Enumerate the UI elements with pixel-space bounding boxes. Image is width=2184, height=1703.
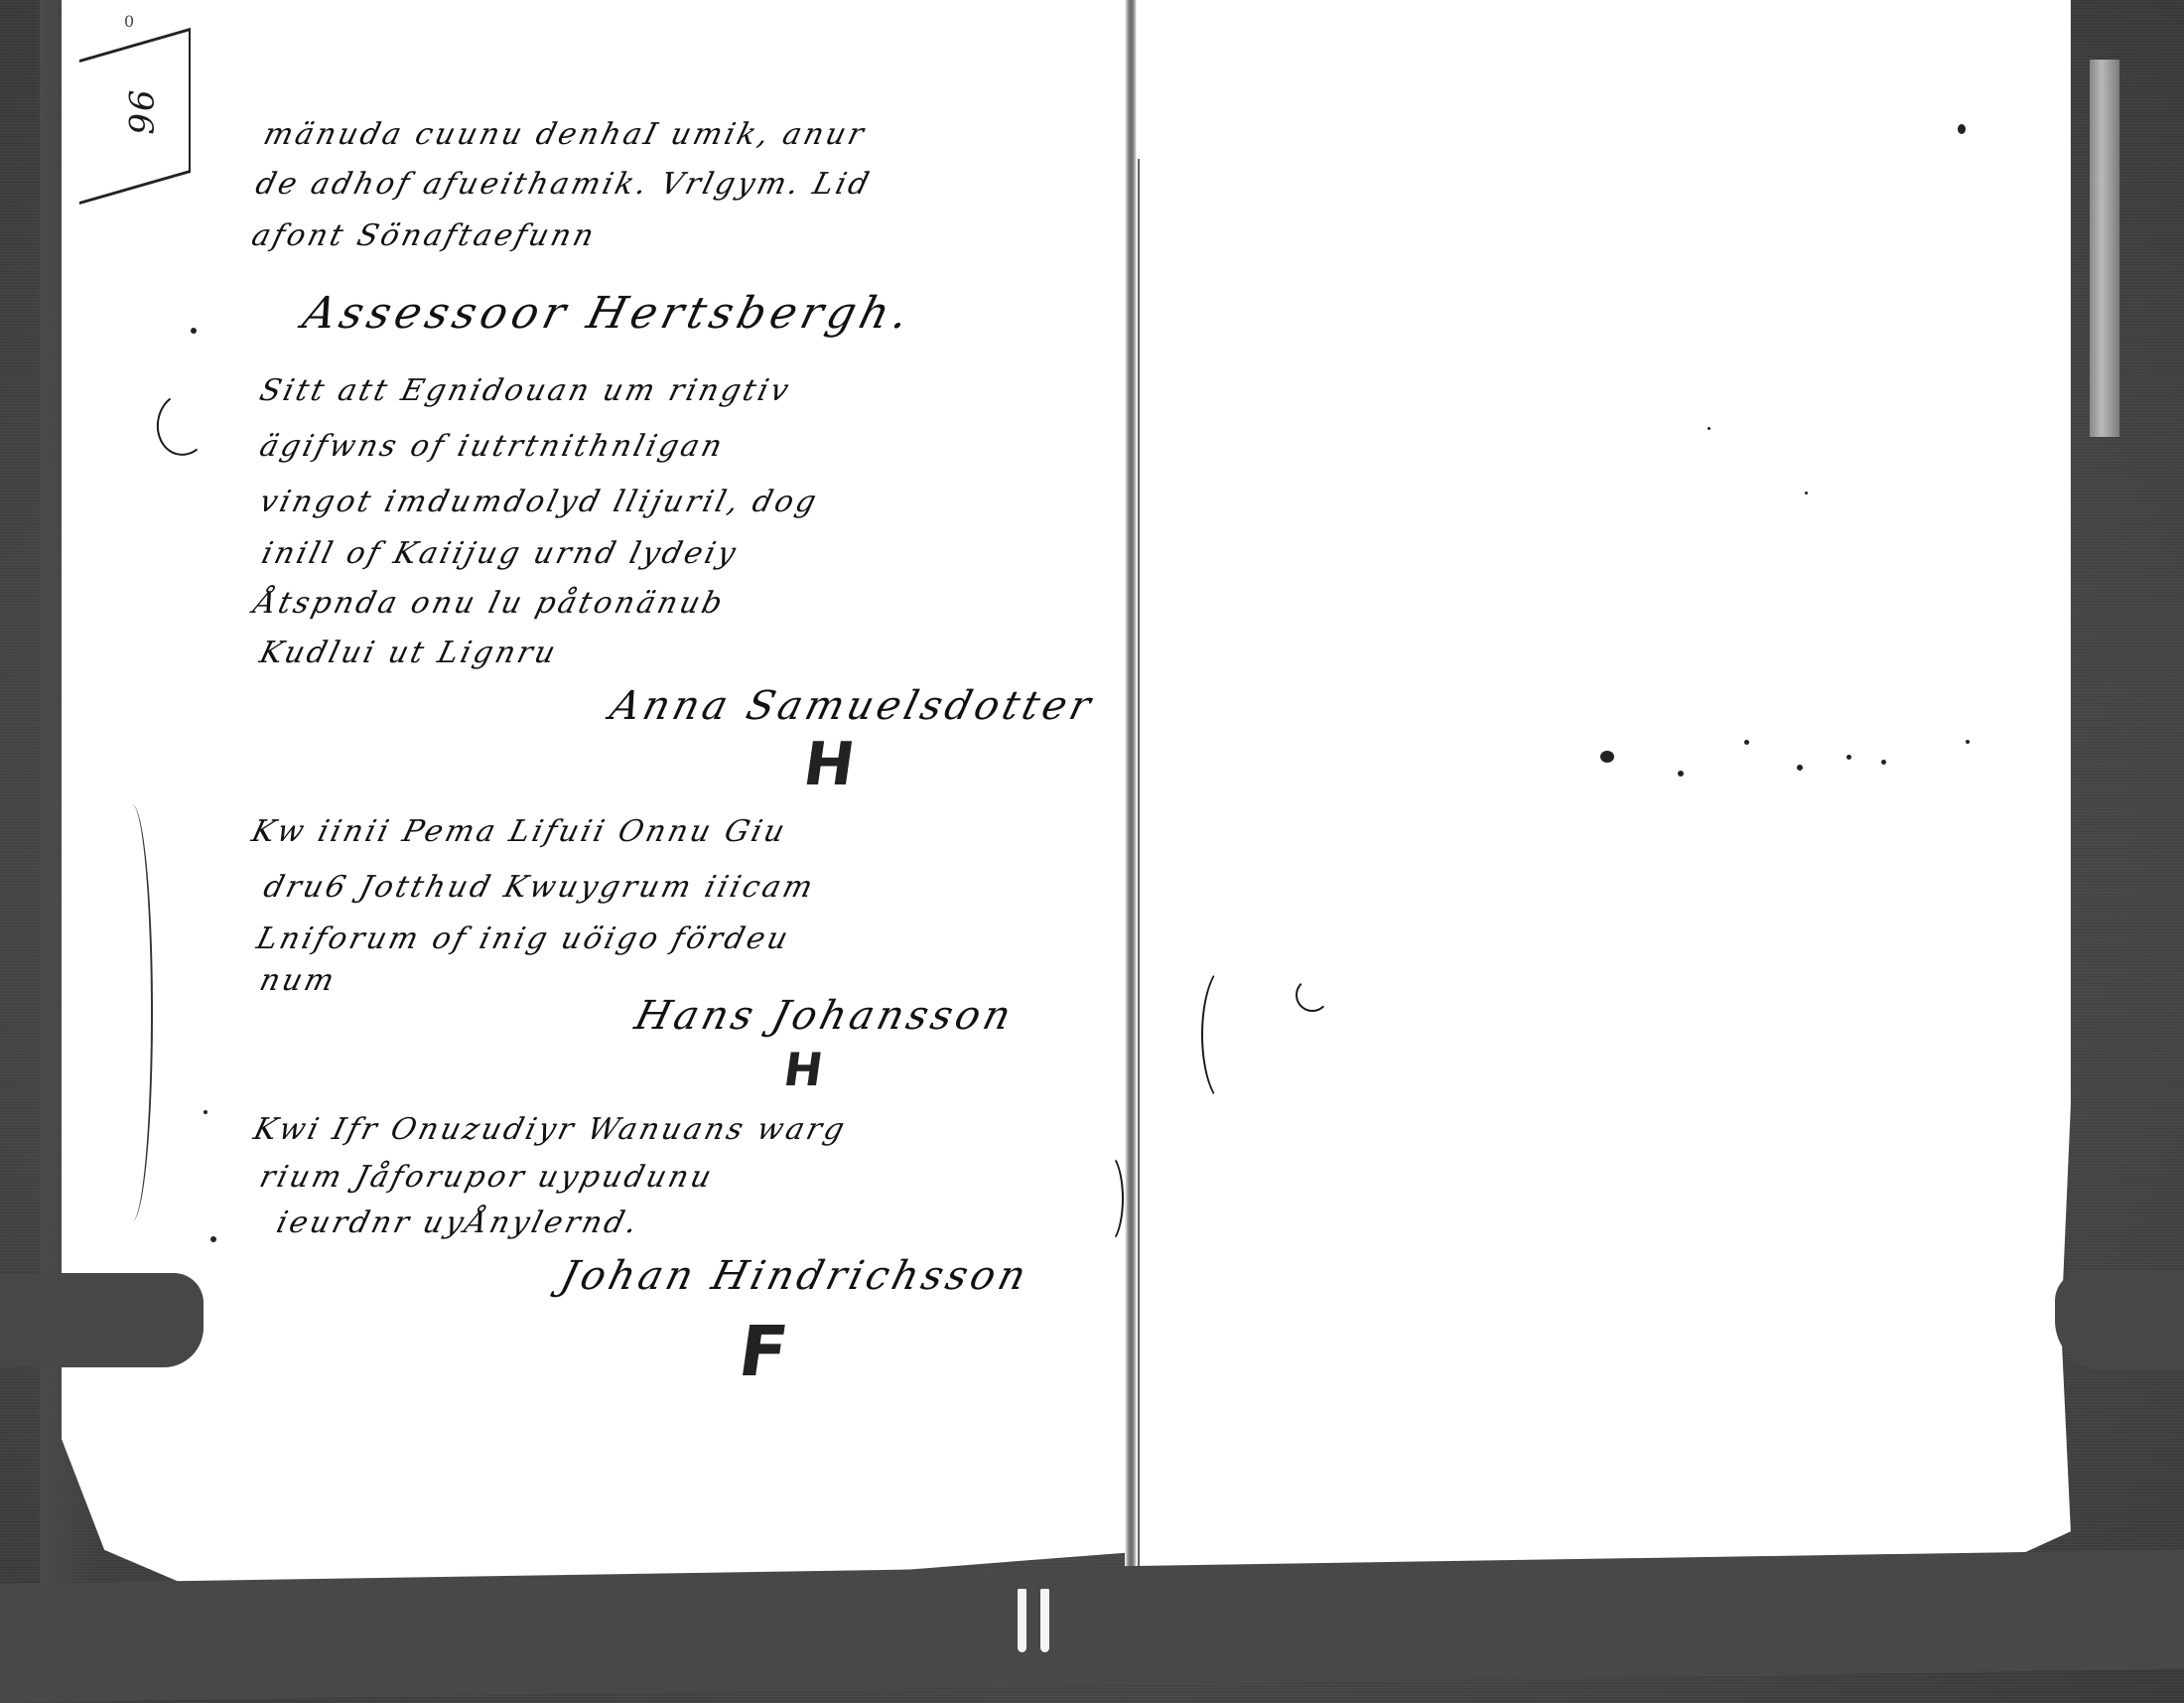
ink-speck [191,328,197,334]
text-line: inill of Kaiijug urnd lydeiy [258,536,742,571]
ink-speck [204,1110,207,1114]
ink-speck [1600,751,1614,763]
text-line: num [256,963,341,998]
ink-speck [1797,765,1803,771]
ink-speck [1805,492,1808,495]
reel-marker-bar [1040,1589,1049,1652]
signature-hans-johansson: Hans Johansson [630,993,1020,1039]
gutter-line [1138,159,1140,1569]
ink-speck [1707,427,1710,430]
ink-speck [210,1236,216,1242]
pen-stroke [1296,978,1329,1012]
text-line: dru6 Jotthud Kwuygrum iiicam [260,870,819,905]
right-page-edge [2090,60,2119,437]
text-line: ägifwns of iutrtnithnligan [256,429,729,464]
ink-speck [1678,771,1684,777]
ink-speck [1846,755,1851,760]
text-line: vingot imdumdolyd llijuril, dog [256,485,822,519]
left-margin-page-edge [111,804,153,1221]
ink-speck [1958,124,1966,134]
text-line: Åtspnda onu lu påtonänub [250,586,729,621]
text-line: Kwi Ifr Onuzudiyr Wanuans warg [250,1112,851,1147]
signature-mark: H [780,1043,826,1096]
left-page [62,0,1132,1599]
text-line: Lniforum of inig uöigo fördeu [253,922,794,956]
margin-page-number: 96 [123,87,163,134]
reel-marker [1018,1589,1057,1658]
right-clamp [2055,1271,2184,1370]
text-line: mänuda cuunu denhaI umik, anur [260,117,870,152]
text-line: Kudlui ut Lignru [256,636,562,670]
right-page [1137,0,2100,1579]
text-line: de adhof afueithamik. Vrlgym. Lid [252,167,876,202]
pen-stroke [1090,1152,1124,1245]
book-gutter [1125,0,1137,1579]
ink-speck [1881,760,1886,765]
section-heading: Assessoor Hertsbergh. [298,288,918,339]
text-line: afont Sönaftaefunn [248,218,600,253]
signature-mark: H [799,730,859,799]
top-left-mark: 0 [124,12,134,31]
ink-speck [1966,740,1970,744]
reel-marker-bar [1018,1589,1026,1652]
signature-anna-samuelsdotter: Anna Samuelsdotter [606,683,1099,729]
signature-johan-hindrichsson: Johan Hindrichsson [556,1253,1034,1299]
text-line: ieurdnr uyÅnylernd. [273,1206,643,1240]
ink-speck [1744,740,1749,745]
text-line: Kw iinii Pema Lifuii Onnu Giu [248,814,791,849]
scanned-document: 0 96 mänuda cuunu denhaI umik, anur de a… [0,0,2184,1703]
text-line: Sitt att Egnidouan um ringtiv [256,373,795,408]
pen-stroke [1201,963,1255,1106]
text-line: rium Jåforupor uypudunu [256,1160,718,1195]
left-clamp [0,1273,204,1367]
